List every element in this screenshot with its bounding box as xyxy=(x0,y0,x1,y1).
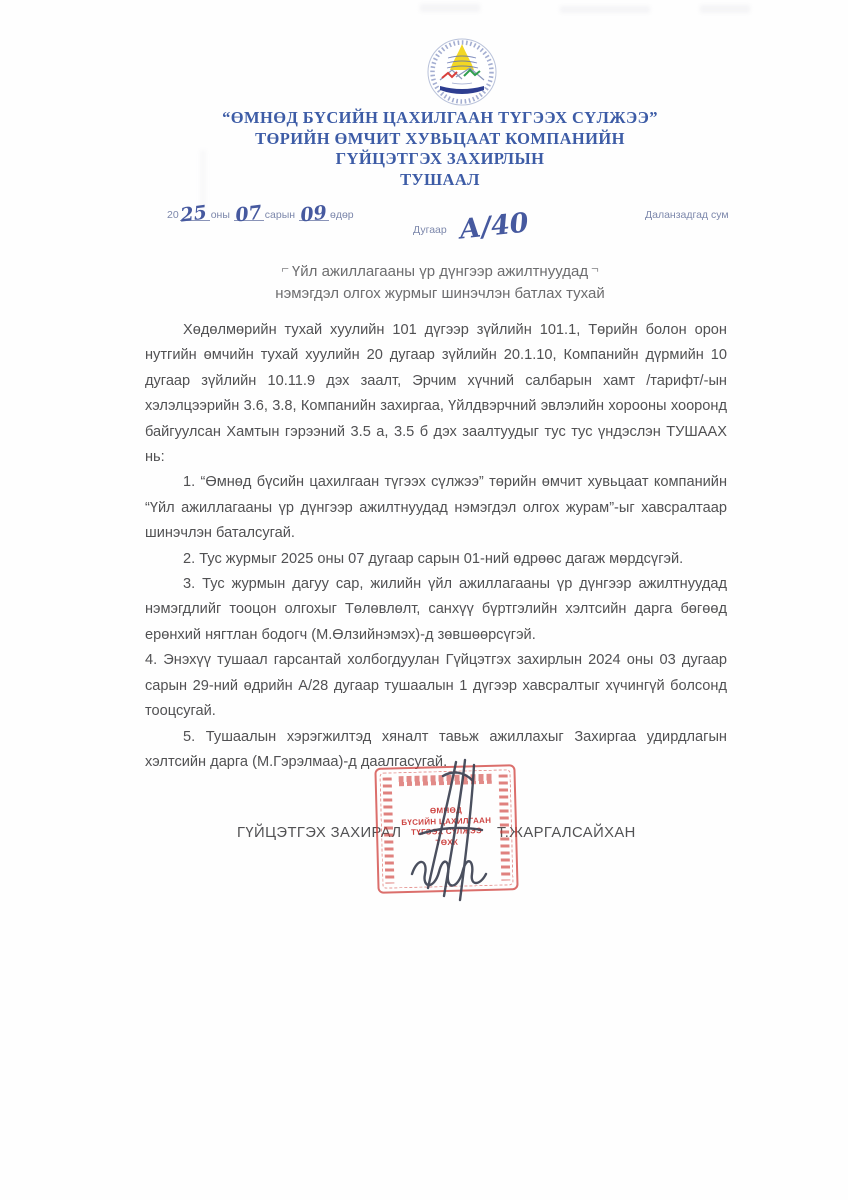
month-field: 07 xyxy=(234,209,264,221)
day-label: өдөр xyxy=(330,209,354,221)
order-item-2: 2. Тус журмыг 2025 оны 07 дугаар сарын 0… xyxy=(145,547,727,572)
month-label: сарын xyxy=(265,209,295,221)
year-handwritten: 25 xyxy=(180,203,209,225)
subject-line-1: ⌐Үйл ажиллагааны үр дүнгээр ажилтнуудад¬ xyxy=(145,258,735,283)
corner-bracket-right: ¬ xyxy=(588,261,602,276)
location-label: Даланзадгад сум xyxy=(645,209,729,221)
order-item-3: 3. Тус журмын дагуу сар, жилийн үйл ажил… xyxy=(145,572,727,648)
paragraph-legal-basis: Хөдөлмөрийн тухай хуулийн 101 дүгээр зүй… xyxy=(145,318,727,470)
day-field: 09 xyxy=(299,209,329,221)
month-handwritten: 07 xyxy=(234,203,263,225)
subject-line-2: нэмэгдэл олгох журмыг шинэчлэн батлах ту… xyxy=(145,283,735,305)
document-title: “ӨМНӨД БҮСИЙН ЦАХИЛГААН ТҮГЭЭХ СҮЛЖЭЭ” Т… xyxy=(145,108,735,190)
year-prefix: 20 xyxy=(167,209,179,221)
title-line-director: ГҮЙЦЭТГЭХ ЗАХИРЛЫН xyxy=(145,149,735,170)
order-item-4: 4. Энэхүү тушаал гарсантай холбогдуулан … xyxy=(145,648,727,724)
meta-row: 2025оны 07сарын 09өдөр ДугаарА/40 Даланз… xyxy=(145,200,735,236)
title-line-ownership: ТӨРИЙН ӨМЧИТ ХУВЬЦААТ КОМПАНИЙН xyxy=(145,129,735,150)
scan-artifact xyxy=(700,5,750,13)
subject-block: ⌐Үйл ажиллагааны үр дүнгээр ажилтнуудад¬… xyxy=(145,258,735,304)
scan-artifact xyxy=(420,4,480,12)
scan-artifact xyxy=(560,6,650,13)
order-item-1: 1. “Өмнөд бүсийн цахилгаан түгээх сүлжээ… xyxy=(145,470,727,546)
subject-text-1: Үйл ажиллагааны үр дүнгээр ажилтнуудад xyxy=(292,263,588,280)
stamp-script-border-left xyxy=(383,777,395,883)
year-label: оны xyxy=(211,209,230,221)
number-line: ДугаарА/40 xyxy=(413,209,528,240)
company-logo-icon xyxy=(414,36,510,108)
handwritten-signature xyxy=(398,756,508,916)
signer-name: Т.ЖАРГАЛСАЙХАН xyxy=(497,825,636,841)
title-line-order: ТУШААЛ xyxy=(145,170,735,191)
number-handwritten: А/40 xyxy=(457,207,529,245)
day-handwritten: 09 xyxy=(299,203,328,225)
number-label: Дугаар xyxy=(413,224,447,236)
date-line: 2025оны 07сарын 09өдөр xyxy=(167,209,354,221)
body-text: Хөдөлмөрийн тухай хуулийн 101 дүгээр зүй… xyxy=(145,318,727,775)
year-field: 25 xyxy=(180,209,210,221)
corner-bracket-left: ⌐ xyxy=(278,261,292,276)
document-page: “ӨМНӨД БҮСИЙН ЦАХИЛГААН ТҮГЭЭХ СҮЛЖЭЭ” Т… xyxy=(0,0,848,1200)
title-line-company-quoted: “ӨМНӨД БҮСИЙН ЦАХИЛГААН ТҮГЭЭХ СҮЛЖЭЭ” xyxy=(145,108,735,129)
